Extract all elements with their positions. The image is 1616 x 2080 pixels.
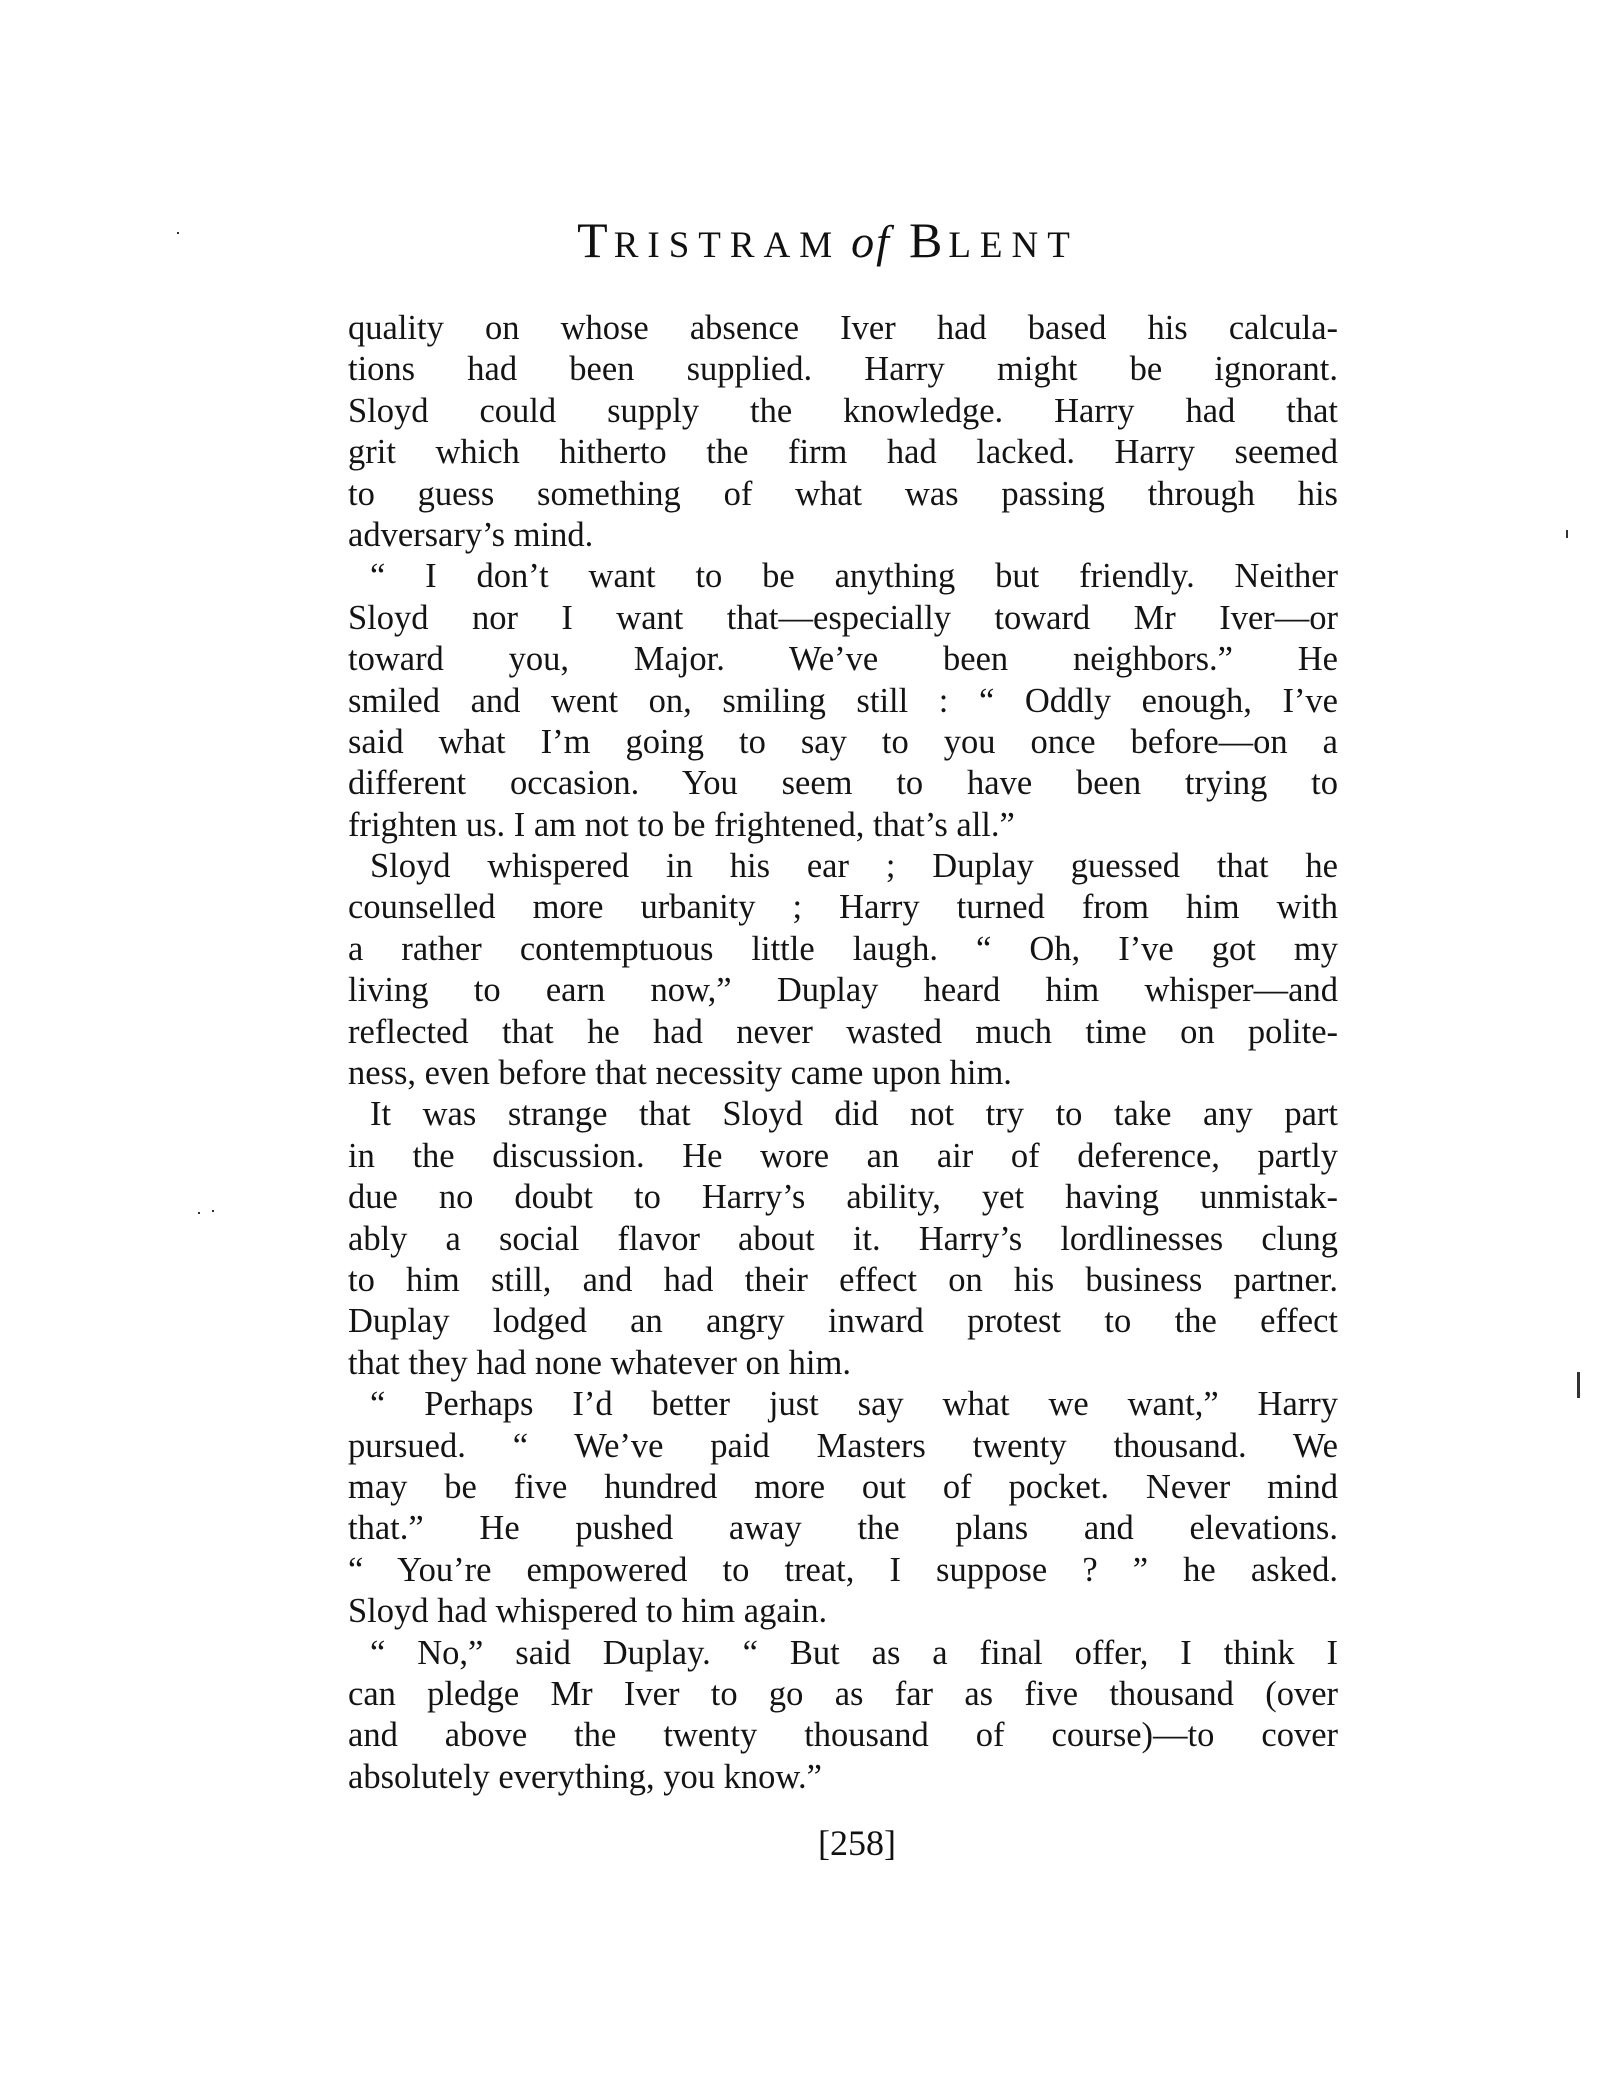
- text-line: due no doubt to Harry’s ability, yet hav…: [348, 1177, 1338, 1218]
- text-line: adversary’s mind.: [348, 515, 1338, 556]
- title-word-blent: LENT: [948, 225, 1079, 266]
- scan-speck: [1566, 530, 1568, 538]
- text-line: Sloyd had whispered to him again.: [348, 1591, 1338, 1632]
- body-text: quality on whose absence Iver had based …: [348, 308, 1338, 1798]
- text-line: Sloyd whispered in his ear ; Duplay gues…: [348, 846, 1338, 887]
- text-line: Duplay lodged an angry inward protest to…: [348, 1301, 1338, 1342]
- text-line: frighten us. I am not to be frightened, …: [348, 805, 1338, 846]
- text-line: to him still, and had their effect on hi…: [348, 1260, 1338, 1301]
- text-line: that.” He pushed away the plans and elev…: [348, 1508, 1338, 1549]
- text-line: pursued. “ We’ve paid Masters twenty tho…: [348, 1426, 1338, 1467]
- title-word-tristram: RISTRAM: [614, 225, 841, 266]
- title-connector-of: of: [851, 216, 891, 267]
- running-head-title: TRISTRAMofBLENT: [0, 212, 1616, 274]
- text-line: “ I don’t want to be anything but friend…: [348, 556, 1338, 597]
- text-line: that they had none whatever on him.: [348, 1343, 1338, 1384]
- paragraph: Sloyd whispered in his ear ; Duplay gues…: [348, 846, 1338, 1094]
- page-number: [258]: [0, 1822, 1616, 1864]
- text-line: to guess something of what was passing t…: [348, 474, 1338, 515]
- text-line: toward you, Major. We’ve been neighbors.…: [348, 639, 1338, 680]
- text-line: different occasion. You seem to have bee…: [348, 763, 1338, 804]
- text-line: living to earn now,” Duplay heard him wh…: [348, 970, 1338, 1011]
- title-initial-b: B: [909, 212, 948, 268]
- text-line: “ Perhaps I’d better just say what we wa…: [348, 1384, 1338, 1425]
- text-line: and above the twenty thousand of course)…: [348, 1715, 1338, 1756]
- text-line: tions had been supplied. Harry might be …: [348, 349, 1338, 390]
- text-line: ably a social flavor about it. Harry’s l…: [348, 1219, 1338, 1260]
- text-line: reflected that he had never wasted much …: [348, 1012, 1338, 1053]
- text-line: may be five hundred more out of pocket. …: [348, 1467, 1338, 1508]
- paragraph: quality on whose absence Iver had based …: [348, 308, 1338, 556]
- text-line: in the discussion. He wore an air of def…: [348, 1136, 1338, 1177]
- paragraph: “ Perhaps I’d better just say what we wa…: [348, 1384, 1338, 1632]
- text-line: counselled more urbanity ; Harry turned …: [348, 887, 1338, 928]
- text-line: grit which hitherto the firm had lacked.…: [348, 432, 1338, 473]
- text-line: Sloyd could supply the knowledge. Harry …: [348, 391, 1338, 432]
- text-line: Sloyd nor I want that—especially toward …: [348, 598, 1338, 639]
- scan-speck: [1577, 1372, 1580, 1398]
- text-line: absolutely everything, you know.”: [348, 1757, 1338, 1798]
- paragraph: “ I don’t want to be anything but friend…: [348, 556, 1338, 846]
- scan-speck: [198, 1212, 200, 1214]
- text-line: can pledge Mr Iver to go as far as five …: [348, 1674, 1338, 1715]
- paragraph: “ No,” said Duplay. “ But as a final off…: [348, 1633, 1338, 1799]
- text-line: “ You’re empowered to treat, I suppose ?…: [348, 1550, 1338, 1591]
- title-initial-t: T: [577, 212, 614, 268]
- book-page: TRISTRAMofBLENT quality on whose absence…: [0, 0, 1616, 2080]
- scan-speck: [212, 1210, 214, 1212]
- text-line: “ No,” said Duplay. “ But as a final off…: [348, 1633, 1338, 1674]
- text-line: smiled and went on, smiling still : “ Od…: [348, 681, 1338, 722]
- text-line: said what I’m going to say to you once b…: [348, 722, 1338, 763]
- text-line: ness, even before that necessity came up…: [348, 1053, 1338, 1094]
- scan-speck: [177, 232, 179, 234]
- paragraph: It was strange that Sloyd did not try to…: [348, 1094, 1338, 1384]
- text-line: quality on whose absence Iver had based …: [348, 308, 1338, 349]
- text-line: It was strange that Sloyd did not try to…: [348, 1094, 1338, 1135]
- text-line: a rather contemptuous little laugh. “ Oh…: [348, 929, 1338, 970]
